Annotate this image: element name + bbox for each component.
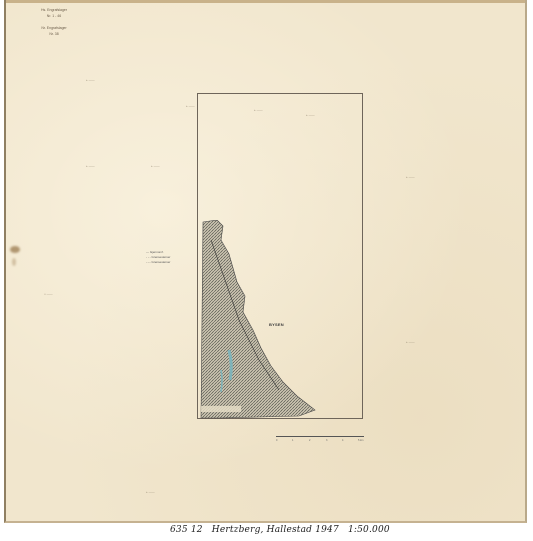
corner-note: Nr. 38 xyxy=(34,31,74,37)
survey-mark: + —— xyxy=(146,490,155,494)
sheet-top-edge xyxy=(6,0,525,3)
scale-tick: 0 xyxy=(276,439,277,442)
sea-label: BYSEN xyxy=(269,322,284,327)
survey-mark: + —— xyxy=(186,104,195,108)
legend-item: -.-.- Grensesteiner xyxy=(146,260,170,265)
stain-mark xyxy=(10,246,20,253)
scale-tick: 4 xyxy=(342,439,343,442)
survey-mark: + —— xyxy=(406,340,415,344)
terrain-icon xyxy=(199,220,319,420)
survey-mark: ⌂ —— xyxy=(44,292,53,296)
author-place-year: Hertzberg, Hallestad 1947 xyxy=(212,525,339,535)
scale-tick: 5 km xyxy=(358,439,363,442)
scale-tick: 1 xyxy=(292,439,293,442)
archive-caption: 635 12 Hertzberg, Hallestad 1947 1:50.00… xyxy=(170,525,396,535)
map-sheet: Hs. Engrafslager Nr. 1 - 46 Nr. Engrafsl… xyxy=(4,0,527,523)
map-scale: 1:50.000 xyxy=(348,525,390,535)
scale-tick: 3 xyxy=(326,439,327,442)
scale-bar: 0 1 2 3 4 5 km xyxy=(276,436,364,439)
survey-mark: + —— xyxy=(86,78,95,82)
coastline-map xyxy=(199,220,319,420)
stain-mark xyxy=(12,258,16,266)
survey-mark: + —— xyxy=(86,164,95,168)
map-legend: --- Gjennomf. - - - Grensesteiner -.-.- … xyxy=(146,250,170,265)
corner-notes: Hs. Engrafslager Nr. 1 - 46 Nr. Engrafsl… xyxy=(34,7,74,37)
survey-mark: + —— xyxy=(406,175,415,179)
survey-mark: + —— xyxy=(151,164,160,168)
sheet-number: 635 12 xyxy=(170,525,203,535)
scale-tick: 2 xyxy=(309,439,310,442)
